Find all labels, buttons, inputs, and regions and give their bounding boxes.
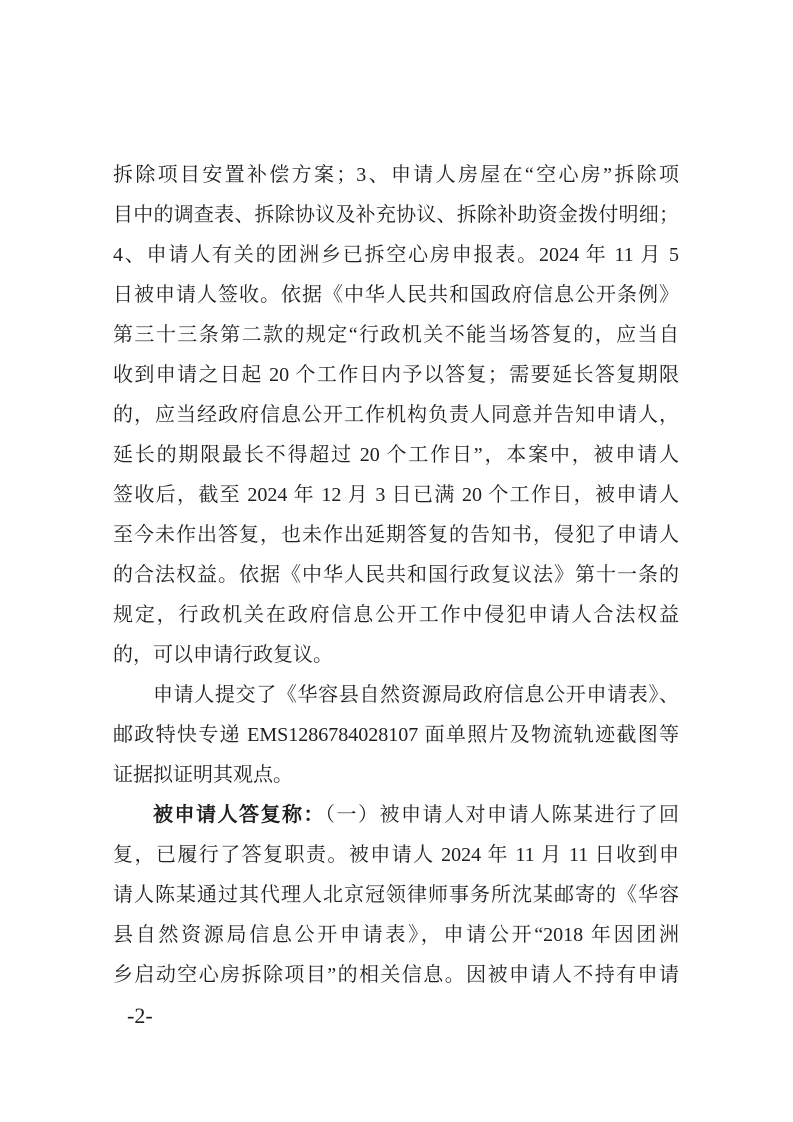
text-segment: 目中的调查表、拆除协议及补充协议、拆除补助资金拨付明细； xyxy=(113,204,679,226)
text-segment: 至今未作出答复，也未作出延期答复的告知书，侵犯了申请人 xyxy=(113,524,679,546)
text-segment: 拆除项目安置补偿方案；3、申请人房屋在“空心房”拆除项 xyxy=(113,164,679,186)
text-segment: 请人陈某通过其代理人北京冠领律师事务所沈某邮寄的《华容 xyxy=(113,884,679,906)
text-line: 至今未作出答复，也未作出延期答复的告知书，侵犯了申请人 xyxy=(113,515,679,555)
text-segment: 第三十三条第二款的规定“行政机关不能当场答复的，应当自 xyxy=(113,324,679,346)
text-segment: （一）被申请人对申请人陈某进行了回 xyxy=(325,804,679,826)
text-line: 收到申请之日起 20 个工作日内予以答复；需要延长答复期限 xyxy=(113,355,679,395)
text-segment: 收到申请之日起 20 个工作日内予以答复；需要延长答复期限 xyxy=(113,364,679,386)
text-line: 邮政特快专递 EMS1286784028107 面单照片及物流轨迹截图等 xyxy=(113,715,679,755)
text-segment: 邮政特快专递 EMS1286784028107 面单照片及物流轨迹截图等 xyxy=(113,724,679,746)
text-segment: 的合法权益。依据《中华人民共和国行政复议法》第十一条的 xyxy=(113,564,679,586)
text-segment: 复，已履行了答复职责。被申请人 2024 年 11 月 11 日收到申 xyxy=(113,844,679,866)
text-line: 4、申请人有关的团洲乡已拆空心房申报表。2024 年 11 月 5 xyxy=(113,235,679,275)
text-line: 请人陈某通过其代理人北京冠领律师事务所沈某邮寄的《华容 xyxy=(113,875,679,915)
text-line: 的，可以申请行政复议。 xyxy=(113,635,679,675)
text-line: 的合法权益。依据《中华人民共和国行政复议法》第十一条的 xyxy=(113,555,679,595)
bold-text-segment: 被申请人答复称： xyxy=(153,804,325,826)
text-segment: 日被申请人签收。依据《中华人民共和国政府信息公开条例》 xyxy=(113,284,679,306)
text-segment: 乡启动空心房拆除项目”的相关信息。因被申请人不持有申请 xyxy=(113,964,679,986)
text-segment: 县自然资源局信息公开申请表》，申请公开“2018 年因团洲 xyxy=(113,924,679,946)
text-line: 申请人提交了《华容县自然资源局政府信息公开申请表》、 xyxy=(113,675,679,715)
text-line: 拆除项目安置补偿方案；3、申请人房屋在“空心房”拆除项 xyxy=(113,155,679,195)
page-number: -2- xyxy=(127,1001,153,1031)
text-line: 复，已履行了答复职责。被申请人 2024 年 11 月 11 日收到申 xyxy=(113,835,679,875)
text-segment: 申请人提交了《华容县自然资源局政府信息公开申请表》、 xyxy=(153,684,679,706)
text-line: 证据拟证明其观点。 xyxy=(113,755,679,795)
document-page: 拆除项目安置补偿方案；3、申请人房屋在“空心房”拆除项目中的调查表、拆除协议及补… xyxy=(0,0,793,1122)
text-line: 目中的调查表、拆除协议及补充协议、拆除补助资金拨付明细； xyxy=(113,195,679,235)
text-segment: 签收后，截至 2024 年 12 月 3 日已满 20 个工作日，被申请人 xyxy=(113,484,679,506)
text-segment: 规定，行政机关在政府信息公开工作中侵犯申请人合法权益 xyxy=(113,604,679,626)
text-line: 被申请人答复称：（一）被申请人对申请人陈某进行了回 xyxy=(113,795,679,835)
text-segment: 4、申请人有关的团洲乡已拆空心房申报表。2024 年 11 月 5 xyxy=(113,244,679,266)
text-segment: 的，可以申请行政复议。 xyxy=(113,644,333,666)
text-line: 县自然资源局信息公开申请表》，申请公开“2018 年因团洲 xyxy=(113,915,679,955)
text-line: 规定，行政机关在政府信息公开工作中侵犯申请人合法权益 xyxy=(113,595,679,635)
text-line: 第三十三条第二款的规定“行政机关不能当场答复的，应当自 xyxy=(113,315,679,355)
text-segment: 的，应当经政府信息公开工作机构负责人同意并告知申请人， xyxy=(113,404,679,426)
text-line: 的，应当经政府信息公开工作机构负责人同意并告知申请人， xyxy=(113,395,679,435)
document-body: 拆除项目安置补偿方案；3、申请人房屋在“空心房”拆除项目中的调查表、拆除协议及补… xyxy=(113,155,679,995)
text-line: 乡启动空心房拆除项目”的相关信息。因被申请人不持有申请 xyxy=(113,955,679,995)
text-segment: 证据拟证明其观点。 xyxy=(113,764,293,786)
text-segment: 延长的期限最长不得超过 20 个工作日”，本案中，被申请人 xyxy=(113,444,679,466)
text-line: 延长的期限最长不得超过 20 个工作日”，本案中，被申请人 xyxy=(113,435,679,475)
text-line: 日被申请人签收。依据《中华人民共和国政府信息公开条例》 xyxy=(113,275,679,315)
text-line: 签收后，截至 2024 年 12 月 3 日已满 20 个工作日，被申请人 xyxy=(113,475,679,515)
